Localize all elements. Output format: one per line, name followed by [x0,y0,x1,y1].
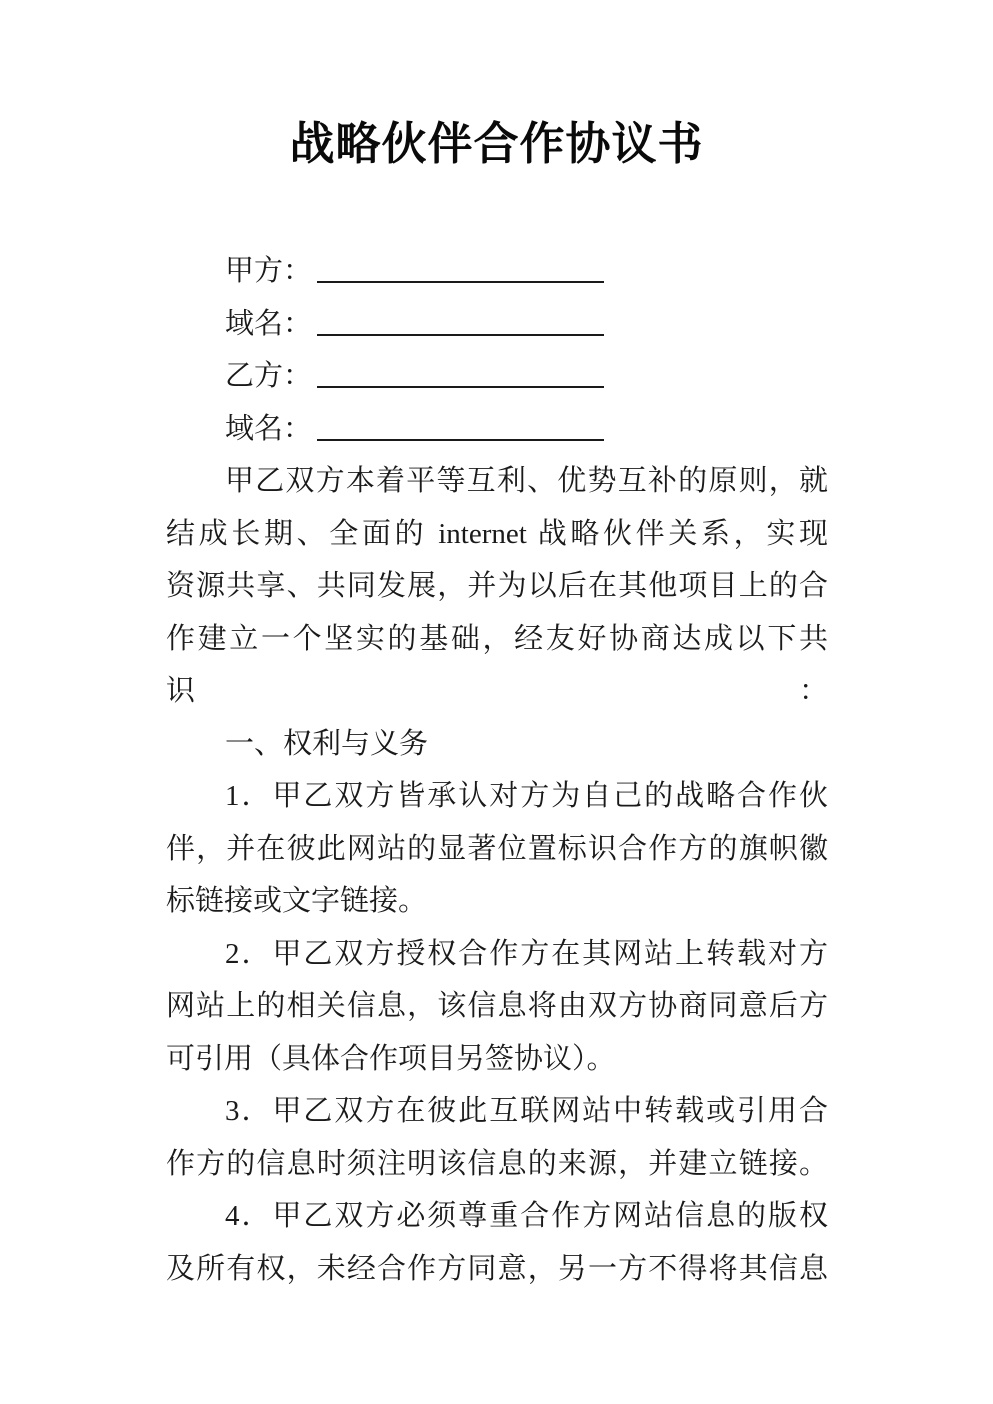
section1-heading: 一、权利与义务 [166,718,828,771]
contract-document-page: 战略伙伴合作协议书 甲方： 域名： 乙方： 域名： 甲乙双方本着平等互利、优势互… [0,0,993,1404]
clause1-line-3: 标链接或文字链接。 [166,875,828,928]
party-a-row: 甲方： [166,245,828,298]
document-title: 战略伙伴合作协议书 [0,121,993,167]
clause1-line-1: 1．甲乙双方皆承认对方为自己的战略合作伙 [166,770,828,823]
document-body: 甲方： 域名： 乙方： 域名： 甲乙双方本着平等互利、优势互补的原则，就 结成长… [166,245,828,1295]
party-a-blank-field[interactable] [317,251,604,283]
clause4-line-2: 及所有权，未经合作方同意，另一方不得将其信息 [166,1243,828,1296]
party-b-domain-row: 域名： [166,403,828,456]
party-a-label: 甲方： [225,245,312,298]
clause2-line-2: 网站上的相关信息，该信息将由双方协商同意后方 [166,980,828,1033]
clause3-line-1: 3．甲乙双方在彼此互联网站中转载或引用合 [166,1085,828,1138]
party-a-domain-blank-field[interactable] [317,304,604,336]
party-b-domain-label: 域名： [225,403,312,456]
clause2-line-1: 2．甲乙双方授权合作方在其网站上转载对方 [166,928,828,981]
party-b-domain-blank-field[interactable] [317,409,604,441]
intro-line-4: 作建立一个坚实的基础，经友好协商达成以下共识： [166,613,828,666]
intro-line-1: 甲乙双方本着平等互利、优势互补的原则，就 [166,455,828,508]
intro-line-3: 资源共享、共同发展，并为以后在其他项目上的合 [166,560,828,613]
clause2-line-3: 可引用（具体合作项目另签协议）。 [166,1033,828,1086]
clause4-line-1: 4．甲乙双方必须尊重合作方网站信息的版权 [166,1190,828,1243]
clause1-line-2: 伴，并在彼此网站的显著位置标识合作方的旗帜徽 [166,823,828,876]
party-b-label: 乙方： [225,350,312,403]
party-b-blank-field[interactable] [317,356,604,388]
party-b-row: 乙方： [166,350,828,403]
party-a-domain-label: 域名： [225,298,312,351]
intro-line-2: 结成长期、全面的 internet 战略伙伴关系，实现 [166,508,828,561]
party-a-domain-row: 域名： [166,298,828,351]
clause3-line-2: 作方的信息时须注明该信息的来源，并建立链接。 [166,1138,828,1191]
